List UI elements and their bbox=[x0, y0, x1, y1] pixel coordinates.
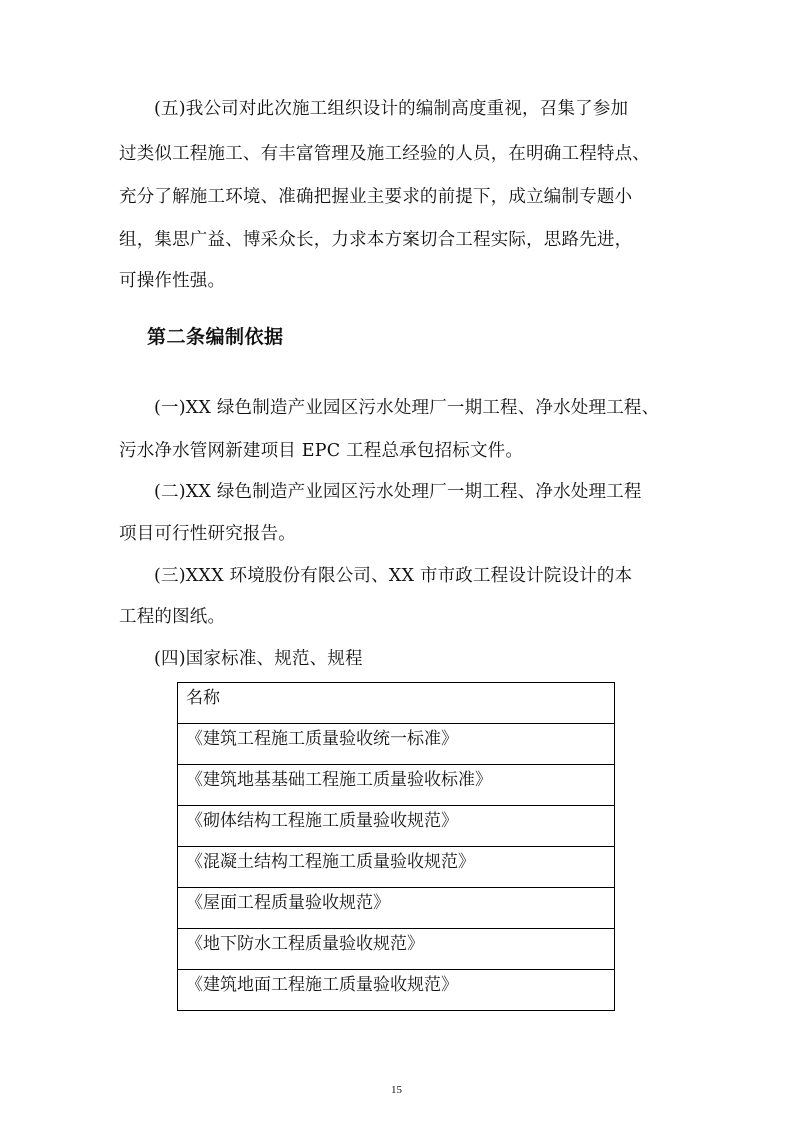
table-cell: 《建筑地基基础工程施工质量验收标准》 bbox=[178, 765, 615, 806]
table-header-cell: 名称 bbox=[178, 683, 615, 724]
paragraph-line: 充分了解施工环境、准确把握业主要求的前提下，成立编制专题小 bbox=[119, 186, 632, 208]
table-row: 《建筑工程施工质量验收统一标准》 bbox=[178, 724, 615, 765]
paragraph-line: (五)我公司对此次施工组织设计的编制高度重视，召集了参加 bbox=[154, 98, 628, 120]
paragraph-line: 污水净水管网新建项目 EPC 工程总承包招标文件。 bbox=[119, 440, 523, 462]
table-row: 《建筑地面工程施工质量验收规范》 bbox=[178, 970, 615, 1011]
table-row: 《建筑地基基础工程施工质量验收标准》 bbox=[178, 765, 615, 806]
table-row: 《屋面工程质量验收规范》 bbox=[178, 888, 615, 929]
paragraph-line: 工程的图纸。 bbox=[119, 606, 225, 628]
table-row: 《砌体结构工程施工质量验收规范》 bbox=[178, 806, 615, 847]
table-cell: 《建筑工程施工质量验收统一标准》 bbox=[178, 724, 615, 765]
table-row: 《混凝土结构工程施工质量验收规范》 bbox=[178, 847, 615, 888]
paragraph-line: 组，集思广益、博采众长，力求本方案切合工程实际，思路先进， bbox=[119, 229, 632, 251]
section-heading: 第二条编制依据 bbox=[147, 325, 284, 349]
paragraph-line: 过类似工程施工、有丰富管理及施工经验的人员，在明确工程特点、 bbox=[119, 143, 650, 165]
paragraph-line: 可操作性强。 bbox=[119, 270, 225, 292]
paragraph-line: (一)XX 绿色制造产业园区污水处理厂一期工程、净水处理工程、 bbox=[154, 397, 659, 419]
page-number: 15 bbox=[0, 1084, 793, 1096]
standards-table: 名称 《建筑工程施工质量验收统一标准》 《建筑地基基础工程施工质量验收标准》 《… bbox=[177, 682, 615, 1011]
paragraph-line: (二)XX 绿色制造产业园区污水处理厂一期工程、净水处理工程 bbox=[154, 481, 642, 503]
table-header-row: 名称 bbox=[178, 683, 615, 724]
table-cell: 《地下防水工程质量验收规范》 bbox=[178, 929, 615, 970]
table-cell: 《混凝土结构工程施工质量验收规范》 bbox=[178, 847, 615, 888]
paragraph-line: 项目可行性研究报告。 bbox=[119, 523, 296, 545]
table-cell: 《建筑地面工程施工质量验收规范》 bbox=[178, 970, 615, 1011]
paragraph-line: (四)国家标准、规范、规程 bbox=[154, 648, 363, 670]
table-cell: 《屋面工程质量验收规范》 bbox=[178, 888, 615, 929]
table-cell: 《砌体结构工程施工质量验收规范》 bbox=[178, 806, 615, 847]
table-row: 《地下防水工程质量验收规范》 bbox=[178, 929, 615, 970]
paragraph-line: (三)XXX 环境股份有限公司、XX 市市政工程设计院设计的本 bbox=[154, 565, 632, 587]
